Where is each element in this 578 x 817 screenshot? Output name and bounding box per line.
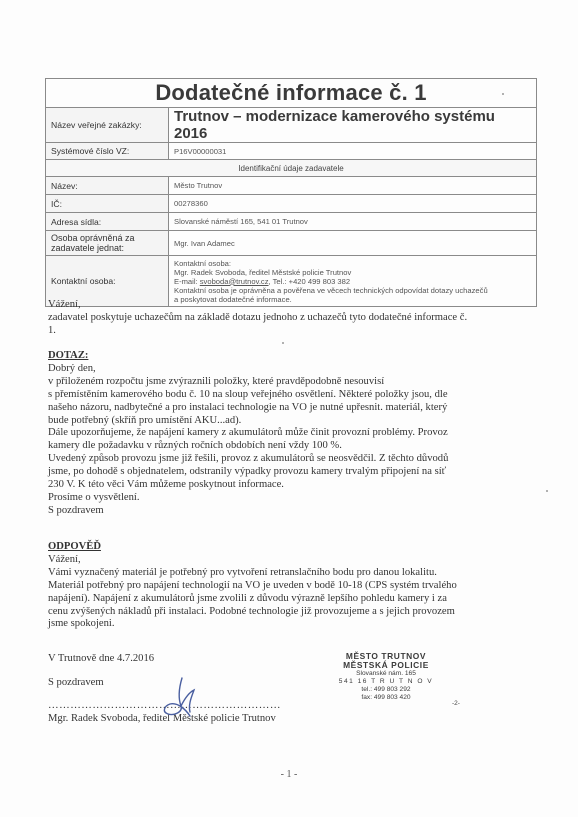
stamp-line: fax: 499 803 420 <box>326 694 446 702</box>
scan-speck <box>282 342 284 344</box>
question-line: 230 V. K této věci Vám můžeme poskytnout… <box>48 479 548 492</box>
document-page: Dodatečné informace č. 1 Název veřejné z… <box>0 0 578 817</box>
scan-speck <box>546 490 548 492</box>
table-row: Systémové číslo VZ: P16V00000031 <box>46 143 537 160</box>
stamp-line: 541 16 T R U T N O V <box>326 678 446 686</box>
system-number-label: Systémové číslo VZ: <box>46 143 169 160</box>
official-stamp: MĚSTO TRUTNOV MĚSTSKÁ POLICIE Slovanské … <box>326 652 446 702</box>
question-heading: DOTAZ: <box>48 350 548 363</box>
stamp-mark: -2- <box>452 700 460 707</box>
intro-block: Vážení, zadavatel poskytuje uchazečům na… <box>48 299 548 338</box>
answer-line: Vážení, <box>48 554 548 567</box>
kontakt-line: Mgr. Radek Svoboda, ředitel Městské poli… <box>174 268 531 277</box>
zakazka-label: Název veřejné zakázky: <box>46 108 169 143</box>
kontakt-line: Kontaktní osoba je oprávněna a pověřena … <box>174 286 531 295</box>
osoba-value: Mgr. Ivan Adamec <box>169 231 537 256</box>
question-line: S pozdravem <box>48 505 548 518</box>
table-row: Název: Město Trutnov <box>46 177 537 195</box>
intro-line: 1. <box>48 325 548 338</box>
table-row: Identifikační údaje zadavatele <box>46 160 537 177</box>
stamp-line: Slovanské nám. 165 <box>326 670 446 678</box>
ic-label: IČ: <box>46 195 169 213</box>
question-line: jsme, po dohodě s objednatelem, odstrani… <box>48 466 548 479</box>
stamp-line: MĚSTSKÁ POLICIE <box>326 661 446 670</box>
answer-line: cenu zvýšených nákladů při instalaci. Po… <box>48 606 548 619</box>
question-line: našeho názoru, nadbytečné a pro instalac… <box>48 402 548 415</box>
stamp-line: tel.: 499 803 292 <box>326 686 446 694</box>
closing-regards: S pozdravem <box>48 677 548 690</box>
question-line: Dále upozorňujeme, že napájení kamery z … <box>48 427 548 440</box>
question-line: Dobrý den, <box>48 363 548 376</box>
answer-line: Vámi vyznačený materiál je potřebný pro … <box>48 567 548 580</box>
adresa-label: Adresa sídla: <box>46 213 169 231</box>
question-line: v přiloženém rozpočtu jsme zvýraznili po… <box>48 376 548 389</box>
question-line: s přemístěním kamerového bodu č. 10 na s… <box>48 389 548 402</box>
phone-text: , Tel.: +420 499 803 382 <box>269 277 351 286</box>
table-row: Osoba oprávněná za zadavatele jednat: Mg… <box>46 231 537 256</box>
intro-line: zadavatel poskytuje uchazečům na základě… <box>48 312 548 325</box>
answer-line: napájení). Napájení z akumulátorů jsme z… <box>48 593 548 606</box>
document-title: Dodatečné informace č. 1 <box>46 79 537 108</box>
zakazka-value: Trutnov – modernizace kamerového systému… <box>169 108 537 143</box>
ic-value: 00278360 <box>169 195 537 213</box>
question-block: DOTAZ: Dobrý den, v přiloženém rozpočtu … <box>48 350 548 518</box>
intro-greeting: Vážení, <box>48 299 548 312</box>
osoba-label: Osoba oprávněná za zadavatele jednat: <box>46 231 169 256</box>
table-row: IČ: 00278360 <box>46 195 537 213</box>
handwritten-signature-icon <box>152 676 202 722</box>
question-line: Prosíme o vysvětlení. <box>48 492 548 505</box>
section-title: Identifikační údaje zadavatele <box>46 160 537 177</box>
adresa-value: Slovanské náměstí 165, 541 01 Trutnov <box>169 213 537 231</box>
nazev-value: Město Trutnov <box>169 177 537 195</box>
nazev-label: Název: <box>46 177 169 195</box>
question-line: kamery dle požadavku v různých ročních o… <box>48 440 548 453</box>
question-line: Uvedený způsob provozu jsme již řešili, … <box>48 453 548 466</box>
table-row: Název veřejné zakázky: Trutnov – moderni… <box>46 108 537 143</box>
answer-block: ODPOVĚĎ Vážení, Vámi vyznačený materiál … <box>48 541 548 631</box>
system-number-value: P16V00000031 <box>169 143 537 160</box>
kontakt-email-line: E-mail: svoboda@trutnov.cz, Tel.: +420 4… <box>174 277 531 286</box>
signatory-name: Mgr. Radek Svoboda, ředitel Městské poli… <box>48 713 548 726</box>
kontakt-line: Kontaktní osoba: <box>174 259 531 268</box>
scan-speck <box>502 93 504 95</box>
question-line: bude potřebný (skříň pro umístění AKU...… <box>48 415 548 428</box>
answer-line: Materiál potřebný pro napájení technolog… <box>48 580 548 593</box>
place-date: V Trutnově dne 4.7.2016 <box>48 653 548 666</box>
email-link[interactable]: svoboda@trutnov.cz <box>200 277 269 286</box>
signature-line: ……………………………………………………… <box>48 700 548 713</box>
header-info-table: Dodatečné informace č. 1 Název veřejné z… <box>45 78 537 307</box>
page-number: - 1 - <box>0 769 578 780</box>
answer-line: jsme spokojeni. <box>48 618 548 631</box>
table-row: Adresa sídla: Slovanské náměstí 165, 541… <box>46 213 537 231</box>
email-prefix: E-mail: <box>174 277 200 286</box>
answer-heading: ODPOVĚĎ <box>48 541 548 554</box>
